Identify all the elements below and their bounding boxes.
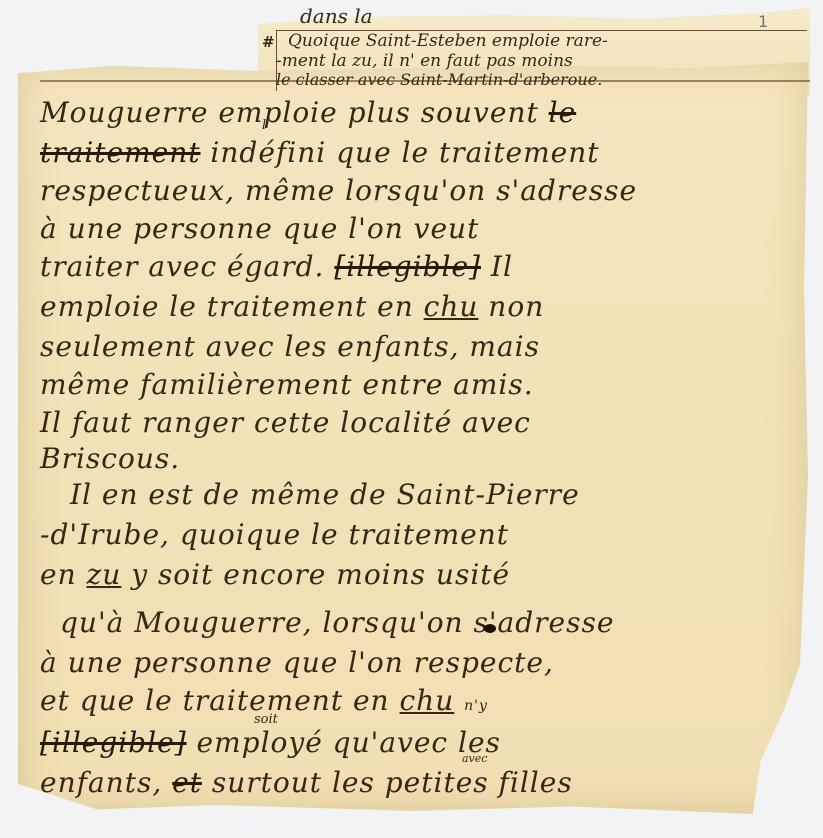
body-line-3: respectueux, même lorsqu'on s'adresse xyxy=(40,174,637,207)
body-line-1: Mouguerre emploie plus souvent le xyxy=(40,96,576,129)
body-line-8: même familièrement entre amis. xyxy=(40,368,534,401)
body-line-10: Briscous. xyxy=(40,442,180,475)
note-marker: # xyxy=(262,33,275,51)
body-line-2: traitement indéfini que le traitement xyxy=(40,136,599,169)
ink-blot xyxy=(484,624,496,633)
body-line-14: qu'à Mouguerre, lorsqu'on s'adresse xyxy=(60,606,614,639)
interlinear-insert: l' xyxy=(262,118,270,133)
page-number: 1 xyxy=(758,12,768,31)
body-line-7: seulement avec les enfants, mais xyxy=(40,330,540,363)
body-line-4: à une personne que l'on veut xyxy=(40,212,479,245)
body-line-12: -d'Irube, quoique le traitement xyxy=(40,518,509,551)
note-line-2: -ment la zu, il n' en faut pas moins xyxy=(276,51,573,71)
note-line-3: le classer avec Saint-Martin-d'arberoue. xyxy=(276,70,602,89)
interlinear-avec: avec xyxy=(462,752,487,765)
body-line-9: Il faut ranger cette localité avec xyxy=(40,406,531,439)
note-line-1: Quoique Saint-Esteben emploie rare- xyxy=(288,31,608,51)
body-line-15: à une personne que l'on respecte, xyxy=(40,646,554,679)
body-line-5: traiter avec égard. [illegible] Il xyxy=(40,250,513,283)
interlinear-soit: soit xyxy=(254,712,278,727)
body-line-18: enfants, et surtout les petites filles xyxy=(40,766,573,799)
body-line-6: emploie le traitement en chu non xyxy=(40,290,544,323)
body-line-17: [illegible] employé qu'avec les xyxy=(40,726,501,759)
body-line-11: Il en est de même de Saint-Pierre xyxy=(70,478,580,511)
body-line-13: en zu y soit encore moins usité xyxy=(40,558,510,591)
top-fragment: dans la xyxy=(300,4,373,28)
